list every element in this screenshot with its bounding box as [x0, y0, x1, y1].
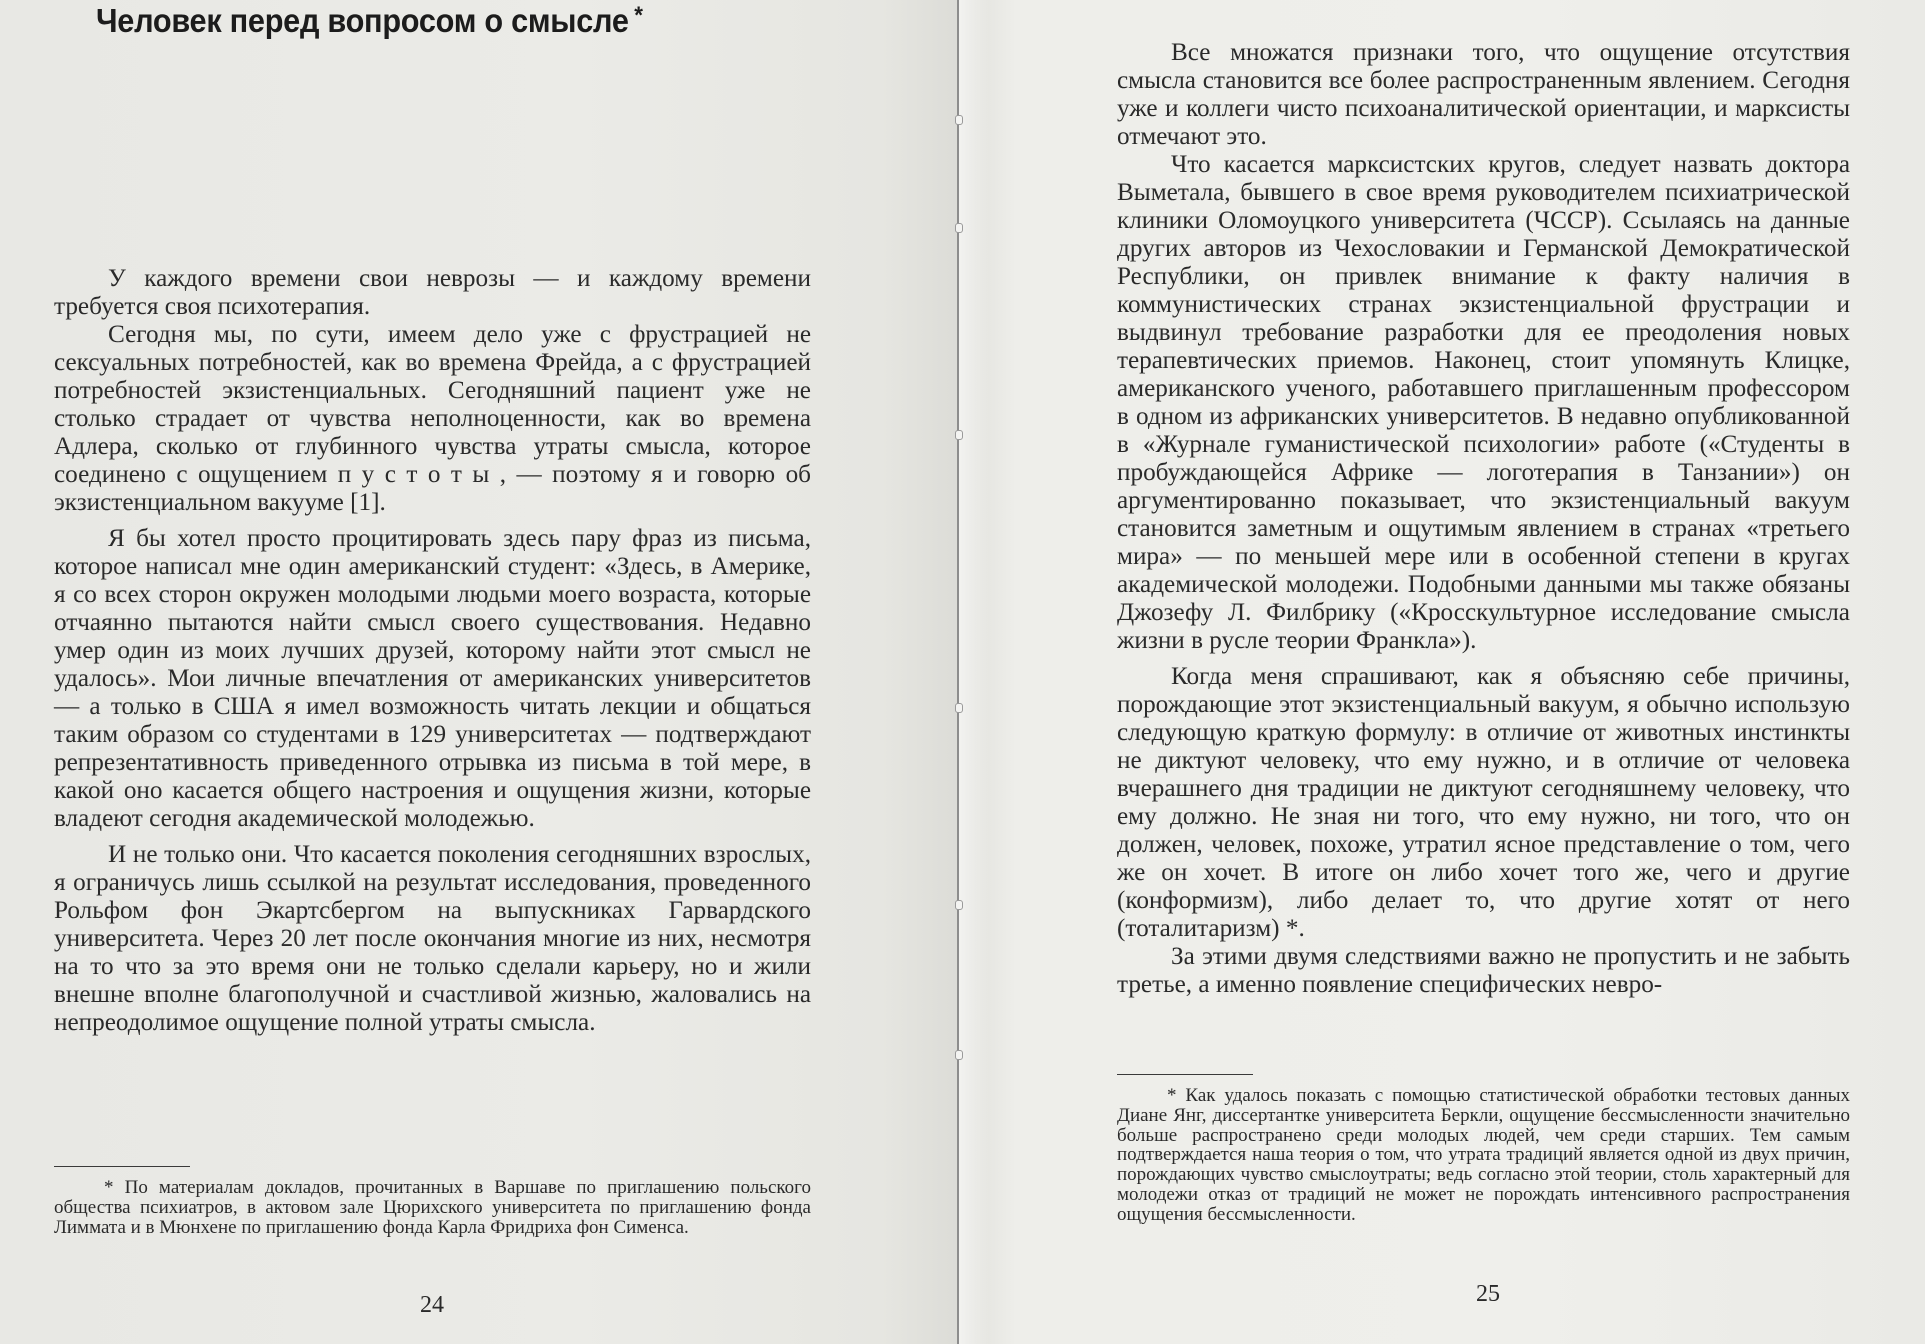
paragraph: И не только они. Что касается поколения … — [54, 841, 811, 1037]
footnote-text: * По материалам докладов, прочитанных в … — [54, 1178, 811, 1237]
right-body-text: Все множатся признаки того, что ощущение… — [1117, 39, 1850, 999]
spine-highlight — [959, 0, 989, 1344]
chapter-title: Человек перед вопросом о смысле — [96, 2, 629, 39]
footnote-divider — [54, 1166, 190, 1167]
paragraph: У каждого времени свои неврозы — и каждо… — [54, 265, 811, 321]
left-page: Человек перед вопросом о смысле* У каждо… — [0, 0, 958, 1344]
footnote-text: * Как удалось показать с помощью статист… — [1117, 1086, 1850, 1225]
right-footnote: * Как удалось показать с помощью статист… — [1117, 1086, 1850, 1225]
paragraph: Сегодня мы, по сути, имеем дело уже с фр… — [54, 321, 811, 517]
paragraph: Все множатся признаки того, что ощущение… — [1117, 39, 1850, 151]
heading-footnote-marker: * — [634, 2, 642, 29]
paragraph: Я бы хотел просто процитировать здесь па… — [54, 525, 811, 833]
binding-stitch — [955, 900, 963, 910]
book-spread: Человек перед вопросом о смысле* У каждо… — [0, 0, 1925, 1344]
binding-stitch — [955, 703, 963, 713]
paragraph: Когда меня спрашивают, как я объясняю се… — [1117, 663, 1850, 943]
page-number-right: 25 — [1448, 1281, 1528, 1308]
chapter-heading: Человек перед вопросом о смысле* — [96, 2, 643, 40]
footnote-divider — [1117, 1074, 1253, 1075]
left-body-text: У каждого времени свои неврозы — и каждо… — [54, 265, 811, 1037]
left-footnote: * По материалам докладов, прочитанных в … — [54, 1178, 811, 1237]
binding-stitch — [955, 115, 963, 125]
binding-stitch — [955, 223, 963, 233]
paragraph: За этими двумя следствиями важно не проп… — [1117, 943, 1850, 999]
page-number-left: 24 — [392, 1292, 472, 1319]
binding-stitch — [955, 1050, 963, 1060]
binding-stitch — [955, 430, 963, 440]
paragraph: Что касается марксистских кругов, следуе… — [1117, 151, 1850, 655]
